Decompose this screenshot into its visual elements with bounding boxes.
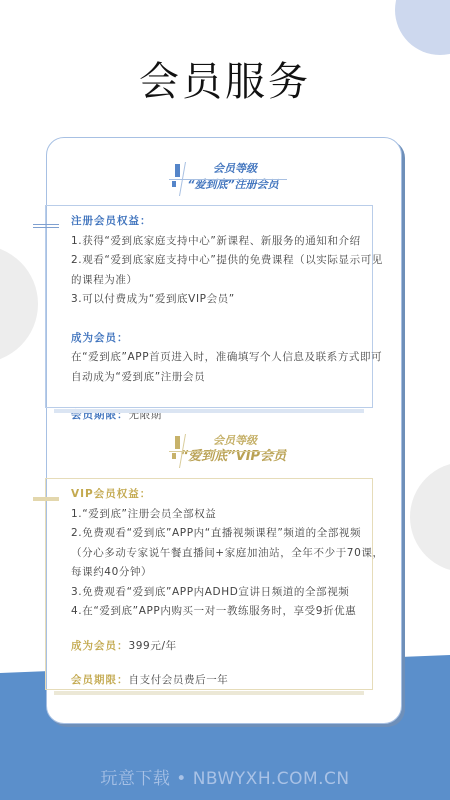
benefit-item: 4.在“爱到底”APP内购买一对一教练服务时，享受9折优惠 [71,602,372,622]
registered-member-box: 注册会员权益： 1.获得“爱到底家庭支持中心”新课程、新服务的通知和介绍 2.观… [45,205,373,408]
benefit-item: 3.免费观看“爱到底”APP内ADHD宣讲日频道的全部视频 [71,583,372,603]
tier-level-label: 会员等级 [47,432,403,448]
section-tick-icon [33,224,59,228]
term-value: 自支付会员费后一年 [129,674,229,686]
join-text: 自动成为“爱到底”注册会员 [71,368,372,388]
membership-card: 会员等级 “爱到底”注册会员 注册会员权益： 1.获得“爱到底家庭支持中心”新课… [46,137,402,724]
benefits-label: 注册会员权益： [71,212,372,232]
benefit-item: 1.“爱到底”注册会员全部权益 [71,505,372,525]
benefit-item: 的课程为准） [71,271,372,291]
benefit-item: （分心多动专家说午餐直播间+家庭加油站，全年不少于70课， [71,544,372,564]
term-row: 会员期限：自支付会员费后一年 [71,671,372,691]
benefit-item: 2.免费观看“爱到底”APP内“直播视频课程”频道的全部视频 [71,524,372,544]
decorative-circle-top [395,0,450,55]
tier-name: “爱到底”VIP会员 [47,450,403,464]
join-text: 在“爱到底”APP首页进入时，准确填写个人信息及联系方式即可 [71,348,372,368]
tier-name: “爱到底”注册会员 [47,178,403,192]
join-label: 成为会员： [71,329,372,349]
benefit-item: 每课约40分钟） [71,563,372,583]
benefits-label: VIP会员权益： [71,485,372,505]
benefit-item: 1.获得“爱到底家庭支持中心”新课程、新服务的通知和介绍 [71,232,372,252]
tier-heading-vip: 会员等级 “爱到底”VIP会员 [47,432,403,464]
term-label: 会员期限： [71,674,129,686]
heading-rule [169,179,287,180]
tier-heading-registered: 会员等级 “爱到底”注册会员 [47,160,403,192]
benefit-item: 3.可以付费成为“爱到底VIP会员” [71,290,372,310]
decorative-circle-right [410,462,450,572]
benefit-item: 2.观看“爱到底家庭支持中心”提供的免费课程（以实际显示可见 [71,251,372,271]
page-title: 会员服务 [0,50,450,107]
price-value: 399元/年 [129,640,177,652]
join-label: 成为会员： [71,640,129,652]
section-tick-icon [33,497,59,501]
heading-rule [169,451,287,452]
vip-member-box: VIP会员权益： 1.“爱到底”注册会员全部权益 2.免费观看“爱到底”APP内… [45,478,373,690]
watermark: 玩意下载 • NBWYXH.COM.CN [0,764,450,789]
decorative-circle-left [0,245,38,363]
tier-level-label: 会员等级 [47,160,403,176]
join-row: 成为会员：399元/年 [71,637,372,657]
